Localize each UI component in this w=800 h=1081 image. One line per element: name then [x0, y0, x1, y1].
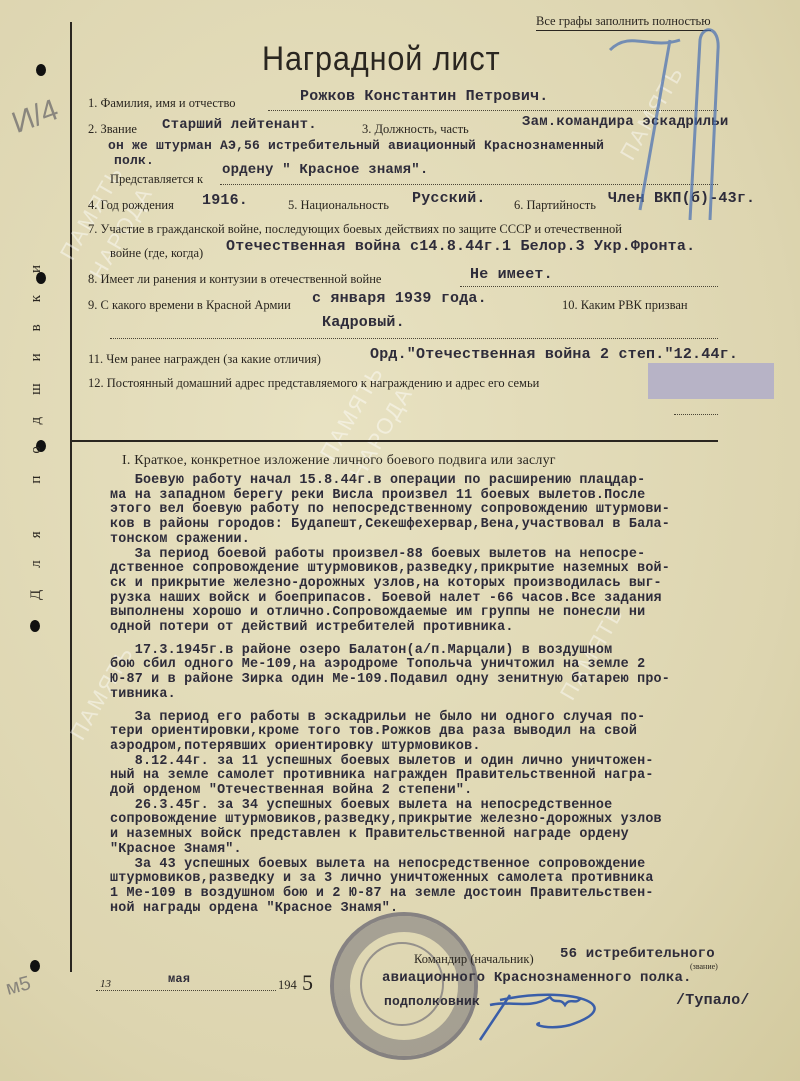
field-position-cont: полк.: [114, 153, 154, 168]
field-rank: Старший лейтенант.: [162, 117, 317, 133]
field-label: 1. Фамилия, имя и отчество: [88, 96, 236, 111]
redacted-address: [648, 363, 774, 399]
field-war-participation: Отечественная война с14.8.44г.1 Белор.3 …: [226, 238, 695, 255]
field-army-since: с января 1939 года.: [312, 290, 487, 307]
narrative-line: тивника.: [110, 688, 800, 703]
binding-margin-label: Для подшивки: [28, 243, 45, 600]
rank-hint: (звание): [690, 962, 718, 971]
narrative-line: ск и прикрытие железно-дорожных узлов,на…: [110, 577, 800, 592]
field-label: войне (где, когда): [110, 246, 203, 261]
commander-rank: подполковник: [384, 994, 480, 1009]
date-month: мая: [168, 972, 190, 986]
binding-hole: [30, 960, 40, 972]
commander-unit: 56 истребительного: [560, 946, 715, 962]
binding-hole: [30, 620, 40, 632]
field-label: 8. Имеет ли ранения и контузии в отечест…: [88, 272, 381, 287]
narrative-line: За период боевой работы произвел-88 боев…: [110, 548, 800, 563]
margin-rule: [70, 22, 72, 972]
narrative-line: дственное сопровождение штурмовиков,разв…: [110, 562, 800, 577]
fill-line: [460, 286, 718, 287]
narrative-line: 8.12.44г. за 11 успешных боевых вылетов …: [110, 755, 800, 770]
field-nationality: Русский.: [412, 190, 486, 207]
narrative-line: 26.3.45г. за 34 успешных боевых вылета н…: [110, 799, 800, 814]
date-year-suffix: 5: [302, 970, 313, 996]
narrative-line: аэродром,потерявших ориентировку штурмов…: [110, 740, 800, 755]
fill-line: [674, 414, 718, 415]
field-label: 5. Национальность: [288, 198, 389, 213]
field-label: Представляется к: [110, 172, 203, 187]
field-fullname: Рожков Константин Петрович.: [300, 88, 548, 105]
field-label: 3. Должность, часть: [362, 122, 469, 137]
narrative-line: дой орденом "Отечественная война 2 степе…: [110, 784, 800, 799]
field-position-cont: он же штурман АЭ,56 истребительный авиац…: [108, 138, 604, 153]
narrative-line: ной награды ордена "Красное Знамя".: [110, 902, 800, 917]
fill-line: [110, 338, 718, 339]
narrative-line: ный на земле самолет противника награжде…: [110, 769, 800, 784]
section-heading: I. Краткое, конкретное изложение личного…: [122, 454, 556, 469]
section-divider: [72, 440, 718, 442]
fill-line: [96, 990, 276, 991]
commander-unit-cont: авиационного Краснознаменного полка.: [382, 970, 692, 986]
merit-description: I. Краткое, конкретное изложение личного…: [110, 474, 800, 916]
narrative-line: выполнены хорошо и отлично.Сопровождаемы…: [110, 606, 800, 621]
narrative-line: и наземных войск представлен к Правитель…: [110, 828, 800, 843]
field-previous-awards: Орд."Отечественная война 2 степ."12.44г.: [370, 346, 738, 363]
binding-hole: [36, 64, 46, 76]
date-year-prefix: 194: [278, 978, 297, 993]
pencil-mark: м5: [3, 972, 33, 1001]
narrative-line: рузка наших войск и боеприпасов. Боевой …: [110, 592, 800, 607]
narrative-line: одной потери от действий истребителей пр…: [110, 621, 800, 636]
commander-label: Командир (начальник): [414, 952, 534, 967]
narrative-line: бою сбил одного Ме-109,на аэродроме Топо…: [110, 658, 800, 673]
field-label: 4. Год рождения: [88, 198, 174, 213]
narrative-line: За период его работы в эскадрильи не был…: [110, 711, 800, 726]
document-title: Наградной лист: [262, 40, 501, 79]
narrative-line: тери ориентировки,кроме того тов.Рожков …: [110, 725, 800, 740]
narrative-line: этого вел боевую работу по непосредствен…: [110, 503, 800, 518]
narrative-line: тонском сражении.: [110, 533, 800, 548]
commander-name: /Тупало/: [676, 992, 750, 1009]
field-label: 12. Постоянный домашний адрес представля…: [88, 376, 539, 391]
field-wounds: Не имеет.: [470, 266, 553, 283]
pencil-mark: И/4: [8, 93, 63, 141]
field-birth-year: 1916.: [202, 192, 248, 209]
date-day: 13: [100, 978, 111, 990]
field-conscription: Кадровый.: [322, 314, 405, 331]
field-award: ордену " Красное знамя".: [222, 162, 428, 178]
narrative-line: штурмовиков,разведку и за 3 лично уничто…: [110, 872, 800, 887]
official-stamp: [330, 912, 478, 1060]
narrative-line: Ю-87 и в районе Зирка один Ме-109.Подави…: [110, 673, 800, 688]
field-label: 2. Звание: [88, 122, 137, 137]
narrative-line: ков в районы городов: Будапешт,Секешфехе…: [110, 518, 800, 533]
field-label: 7. Участие в гражданской войне, последую…: [88, 222, 622, 237]
narrative-line: Боевую работу начал 15.8.44г.в операции …: [110, 474, 800, 489]
field-label: 11. Чем ранее награжден (за какие отличи…: [88, 352, 321, 367]
pen-annotation: [600, 20, 740, 220]
field-label: 9. С какого времени в Красной Армии: [88, 298, 291, 313]
narrative-line: 1 Ме-109 в воздушном бою и 2 Ю-87 на зем…: [110, 887, 800, 902]
signature-scribble: [470, 985, 630, 1045]
narrative-line: "Красное Знамя".: [110, 843, 800, 858]
narrative-line: сопровождение штурмовиков,разведку,прикр…: [110, 813, 800, 828]
field-label: 6. Партийность: [514, 198, 596, 213]
narrative-line: За 43 успешных боевых вылета на непосред…: [110, 858, 800, 873]
field-label: 10. Каким РВК призван: [562, 298, 688, 313]
